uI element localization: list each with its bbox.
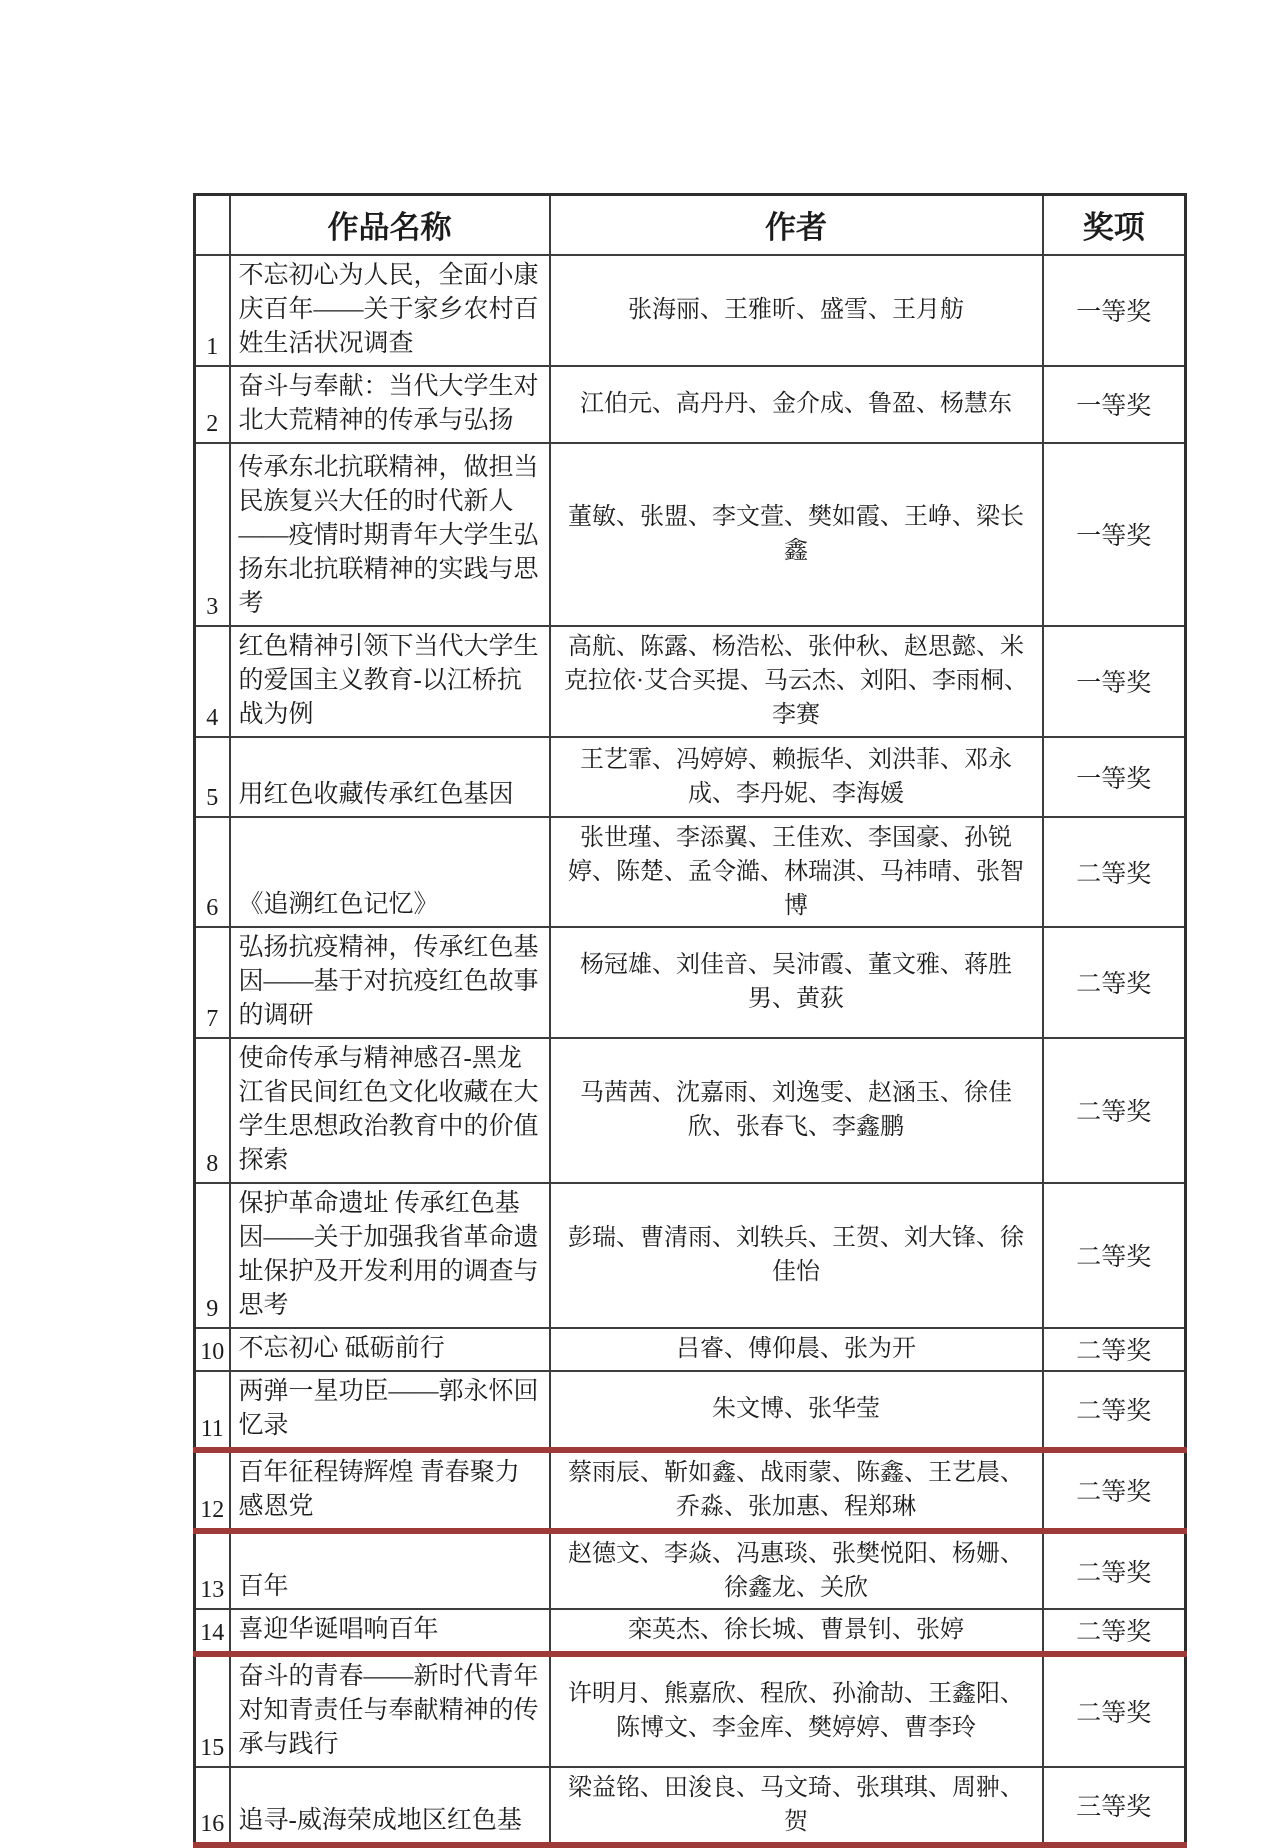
work-title: 红色精神引领下当代大学生的爱国主义教育-以江桥抗战为例	[230, 626, 550, 737]
header-authors: 作者	[550, 195, 1043, 255]
award-table-container: 作品名称 作者 奖项 1 不忘初心为人民，全面小康庆百年——关于家乡农村百姓生活…	[193, 193, 1187, 1848]
work-authors: 马茜茜、沈嘉雨、刘逸雯、赵涵玉、徐佳欣、张春飞、李鑫鹏	[550, 1038, 1043, 1183]
award-level: 一等奖	[1043, 366, 1186, 443]
award-level: 一等奖	[1043, 443, 1186, 626]
row-number: 6	[195, 817, 230, 927]
row-number: 2	[195, 366, 230, 443]
work-title: 奋斗与奉献：当代大学生对北大荒精神的传承与弘扬	[230, 366, 550, 443]
header-no	[195, 195, 230, 255]
row-number: 11	[195, 1371, 230, 1450]
award-level: 二等奖	[1043, 1183, 1186, 1328]
table-row: 5 用红色收藏传承红色基因 王艺霏、冯婷婷、赖振华、刘洪菲、邓永成、李丹妮、李海…	[195, 737, 1186, 817]
award-level: 二等奖	[1043, 817, 1186, 927]
award-level: 三等奖	[1043, 1767, 1186, 1845]
work-title: 百年征程铸辉煌 青春聚力感恩党	[230, 1450, 550, 1531]
work-title: 百年	[230, 1531, 550, 1609]
table-row: 13 百年 赵德文、李焱、冯惠琰、张樊悦阳、杨姗、徐鑫龙、关欣 二等奖	[195, 1531, 1186, 1609]
table-row: 10 不忘初心 砥砺前行 吕睿、傅仰晨、张为开 二等奖	[195, 1328, 1186, 1371]
award-level: 一等奖	[1043, 737, 1186, 817]
work-title: 弘扬抗疫精神，传承红色基因——基于对抗疫红色故事的调研	[230, 927, 550, 1038]
award-level: 二等奖	[1043, 1371, 1186, 1450]
work-authors: 张海丽、王雅昕、盛雪、王月舫	[550, 255, 1043, 366]
award-level: 一等奖	[1043, 255, 1186, 366]
work-authors: 江伯元、高丹丹、金介成、鲁盈、杨慧东	[550, 366, 1043, 443]
table-row: 9 保护革命遗址 传承红色基因——关于加强我省革命遗址保护及开发利用的调查与思考…	[195, 1183, 1186, 1328]
work-authors: 许明月、熊嘉欣、程欣、孙渝劼、王鑫阳、陈博文、李金库、樊婷婷、曹李玲	[550, 1654, 1043, 1767]
table-row: 6 《追溯红色记忆》 张世瑾、李添翼、王佳欢、李国豪、孙锐婷、陈楚、孟令澔、林瑞…	[195, 817, 1186, 927]
work-authors: 吕睿、傅仰晨、张为开	[550, 1328, 1043, 1371]
award-level: 二等奖	[1043, 1654, 1186, 1767]
work-authors: 梁益铭、田浚良、马文琦、张琪琪、周翀、贺	[550, 1767, 1043, 1845]
table-row-red-underline: 12 百年征程铸辉煌 青春聚力感恩党 蔡雨辰、靳如鑫、战雨蒙、陈鑫、王艺晨、乔淼…	[195, 1450, 1186, 1531]
work-authors: 董敏、张盟、李文萱、樊如霞、王峥、梁长鑫	[550, 443, 1043, 626]
row-number: 14	[195, 1609, 230, 1654]
work-title: 奋斗的青春——新时代青年对知青责任与奉献精神的传承与践行	[230, 1654, 550, 1767]
table-row: 15 奋斗的青春——新时代青年对知青责任与奉献精神的传承与践行 许明月、熊嘉欣、…	[195, 1654, 1186, 1767]
work-title: 不忘初心为人民，全面小康庆百年——关于家乡农村百姓生活状况调查	[230, 255, 550, 366]
table-row: 3 传承东北抗联精神，做担当民族复兴大任的时代新人——疫情时期青年大学生弘扬东北…	[195, 443, 1186, 626]
table-row: 1 不忘初心为人民，全面小康庆百年——关于家乡农村百姓生活状况调查 张海丽、王雅…	[195, 255, 1186, 366]
work-title: 喜迎华诞唱响百年	[230, 1609, 550, 1654]
work-title: 用红色收藏传承红色基因	[230, 737, 550, 817]
award-level: 一等奖	[1043, 626, 1186, 737]
row-number: 1	[195, 255, 230, 366]
work-authors: 赵德文、李焱、冯惠琰、张樊悦阳、杨姗、徐鑫龙、关欣	[550, 1531, 1043, 1609]
work-title: 不忘初心 砥砺前行	[230, 1328, 550, 1371]
work-title: 追寻-威海荣成地区红色基	[230, 1767, 550, 1845]
row-number: 13	[195, 1531, 230, 1609]
work-authors: 朱文博、张华莹	[550, 1371, 1043, 1450]
work-title: 两弹一星功臣——郭永怀回忆录	[230, 1371, 550, 1450]
work-authors: 王艺霏、冯婷婷、赖振华、刘洪菲、邓永成、李丹妮、李海媛	[550, 737, 1043, 817]
row-number: 15	[195, 1654, 230, 1767]
work-title: 《追溯红色记忆》	[230, 817, 550, 927]
row-number: 16	[195, 1767, 230, 1845]
row-number: 10	[195, 1328, 230, 1371]
table-header-row: 作品名称 作者 奖项	[195, 195, 1186, 255]
row-number: 12	[195, 1450, 230, 1531]
row-number: 9	[195, 1183, 230, 1328]
award-level: 二等奖	[1043, 1328, 1186, 1371]
work-authors: 彭瑞、曹清雨、刘轶兵、王贺、刘大锋、徐佳怡	[550, 1183, 1043, 1328]
work-authors: 高航、陈露、杨浩松、张仲秋、赵思懿、米克拉依·艾合买提、马云杰、刘阳、李雨桐、李…	[550, 626, 1043, 737]
header-award: 奖项	[1043, 195, 1186, 255]
table-row: 4 红色精神引领下当代大学生的爱国主义教育-以江桥抗战为例 高航、陈露、杨浩松、…	[195, 626, 1186, 737]
award-level: 二等奖	[1043, 1531, 1186, 1609]
work-authors: 杨冠雄、刘佳音、吴沛霞、董文雅、蒋胜男、黄荻	[550, 927, 1043, 1038]
row-number: 5	[195, 737, 230, 817]
header-title: 作品名称	[230, 195, 550, 255]
work-title: 保护革命遗址 传承红色基因——关于加强我省革命遗址保护及开发利用的调查与思考	[230, 1183, 550, 1328]
work-title: 使命传承与精神感召-黑龙江省民间红色文化收藏在大学生思想政治教育中的价值探索	[230, 1038, 550, 1183]
work-authors: 蔡雨辰、靳如鑫、战雨蒙、陈鑫、王艺晨、乔淼、张加惠、程郑琳	[550, 1450, 1043, 1531]
row-number: 7	[195, 927, 230, 1038]
award-level: 二等奖	[1043, 1609, 1186, 1654]
row-number: 3	[195, 443, 230, 626]
table-row-red-underline: 11 两弹一星功臣——郭永怀回忆录 朱文博、张华莹 二等奖	[195, 1371, 1186, 1450]
awards-table: 作品名称 作者 奖项 1 不忘初心为人民，全面小康庆百年——关于家乡农村百姓生活…	[193, 193, 1187, 1848]
table-row: 7 弘扬抗疫精神，传承红色基因——基于对抗疫红色故事的调研 杨冠雄、刘佳音、吴沛…	[195, 927, 1186, 1038]
row-number: 4	[195, 626, 230, 737]
work-authors: 张世瑾、李添翼、王佳欢、李国豪、孙锐婷、陈楚、孟令澔、林瑞淇、马祎晴、张智博	[550, 817, 1043, 927]
table-row: 8 使命传承与精神感召-黑龙江省民间红色文化收藏在大学生思想政治教育中的价值探索…	[195, 1038, 1186, 1183]
award-level: 二等奖	[1043, 927, 1186, 1038]
work-authors: 栾英杰、徐长城、曹景钊、张婷	[550, 1609, 1043, 1654]
table-row: 2 奋斗与奉献：当代大学生对北大荒精神的传承与弘扬 江伯元、高丹丹、金介成、鲁盈…	[195, 366, 1186, 443]
award-level: 二等奖	[1043, 1450, 1186, 1531]
table-row-red-underline: 16 追寻-威海荣成地区红色基 梁益铭、田浚良、马文琦、张琪琪、周翀、贺 三等奖	[195, 1767, 1186, 1845]
table-row-red-underline: 14 喜迎华诞唱响百年 栾英杰、徐长城、曹景钊、张婷 二等奖	[195, 1609, 1186, 1654]
award-level: 二等奖	[1043, 1038, 1186, 1183]
row-number: 8	[195, 1038, 230, 1183]
work-title: 传承东北抗联精神，做担当民族复兴大任的时代新人——疫情时期青年大学生弘扬东北抗联…	[230, 443, 550, 626]
